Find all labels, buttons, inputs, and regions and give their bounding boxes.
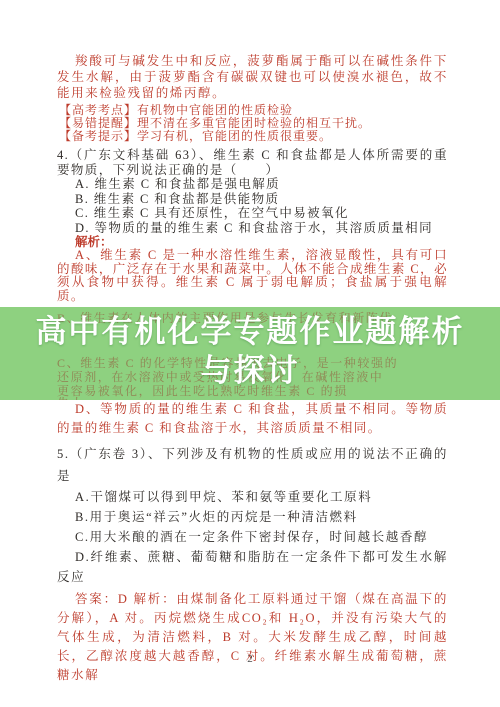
watermark-banner: B、维生素在人体内的主要作用是参与生长发育和新陈代 C、维生素 C 的化学特性是… (0, 307, 500, 400)
prep-tip-line: 【备考提示】学习有机，官能团的性质很重要。 (57, 130, 448, 143)
banner-title: 高中有机化学专题作业题解析 与探讨 (0, 313, 500, 391)
question5-stem: 5.（广东卷 3）、下列涉及有机物的性质或应用的说法不正确的是 (57, 443, 448, 487)
question4-option-d: D. 等物质的量的维生素 C 和食盐溶于水，其溶质质量相同 (57, 221, 448, 236)
analysis-paragraph-d: D、等物质的量的维生素 C 和食盐，其质量不相同。等物质的量的维生素 C 和食盐… (57, 400, 448, 438)
analysis-paragraph-a: A、维生素 C 是一种水溶性维生素，溶液显酸性，具有可口的酸味，广泛存在于水果和… (57, 249, 448, 303)
question5-option-b: B.用于奥运“祥云”火炬的丙烷是一种清洁燃料 (57, 507, 448, 527)
exam-tips-block: 【高考考点】有机物中官能团的性质检验 【易错提醒】理不清在多重官能团时检验的相互… (57, 104, 448, 143)
analysis-intro-text: 羧酸可与碱发生中和反应，菠萝酯属于酯可以在碱性条件下发生水解，由于菠萝酯含有碳碳… (57, 53, 448, 101)
question5-option-c: C.用大米酿的酒在一定条件下密封保存，时间越长越香醇 (57, 527, 448, 547)
upper-content: 羧酸可与碱发生中和反应，菠萝酯属于酯可以在碱性条件下发生水解，由于菠萝酯含有碳碳… (57, 53, 448, 303)
document-page: 羧酸可与碱发生中和反应，菠萝酯属于酯可以在碱性条件下发生水解，由于菠萝酯含有碳碳… (0, 0, 500, 707)
answer-paragraph: 答案：D 解析：由煤制备化工原料通过干馏（煤在高温下的分解），A 对。丙烷燃烧生… (57, 590, 448, 685)
question4-option-a: A. 维生素 C 和食盐都是强电解质 (57, 177, 448, 192)
question4-option-b: B. 维生素 C 和食盐都是供能物质 (57, 192, 448, 207)
banner-title-line1: 高中有机化学专题作业题解析 (0, 313, 500, 352)
question5-option-a: A.干馏煤可以得到甲烷、苯和氨等重要化工原料 (57, 487, 448, 507)
banner-title-line2: 与探讨 (0, 352, 500, 391)
question5-option-d: D.纤维素、蔗糖、葡萄糖和脂肪在一定条件下都可发生水解反应 (57, 547, 448, 587)
page-number: 2 (0, 653, 500, 665)
question4-stem: 4.（广东文科基础 63）、维生素 C 和食盐都是人体所需要的重要物质，下列说法… (57, 148, 448, 177)
lower-content: D、等物质的量的维生素 C 和食盐，其质量不相同。等物质的量的维生素 C 和食盐… (57, 400, 448, 685)
question4-option-c: C. 维生素 C 具有还原性，在空气中易被氧化 (57, 206, 448, 221)
